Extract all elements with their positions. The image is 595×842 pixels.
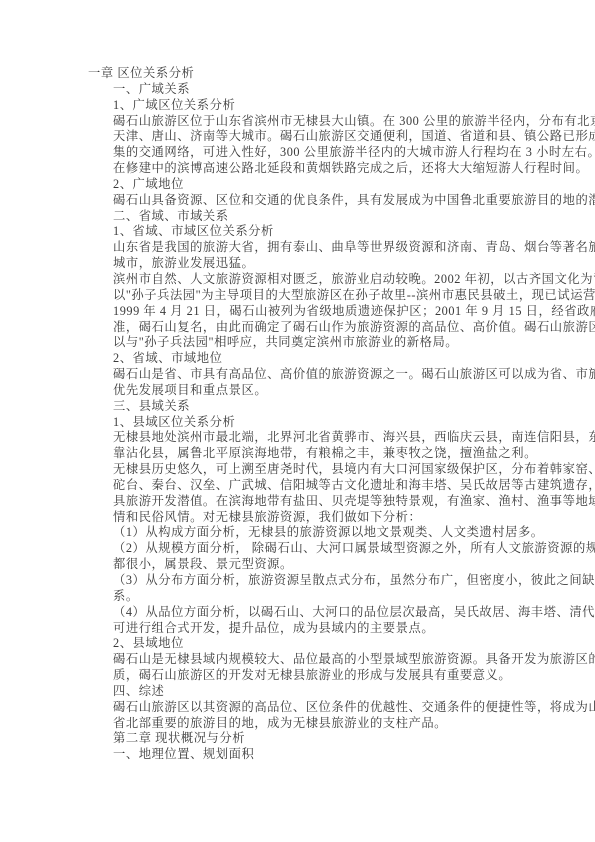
text-line: （1）从构成方面分析，无棣县的旅游资源以地文景观类、人文类遗村居多。 <box>88 525 528 541</box>
text-line: 无棣县历史悠久，可上溯至唐尧时代，县境内有大口河国家级保护区，分布着韩家窑、秤 <box>88 462 528 478</box>
text-line: 二、省域、市域关系 <box>88 209 528 225</box>
text-line: 准，碣石山复名，由此而确定了碣石山作为旅游资源的高品位、高价值。碣石山旅游区可 <box>88 320 528 336</box>
text-line: 在修建中的滨博高速公路北延段和黄烟铁路完成之后，还将大大缩短游人行程时间。 <box>88 161 528 177</box>
text-line: 碣石山是省、市具有高品位、高价值的旅游资源之一。碣石山旅游区可以成为省、市旅游 <box>88 367 528 383</box>
text-line: 一、地理位置、规划面积 <box>88 747 528 763</box>
text-line: 碣石山是无棣县域内规模较大、品位最高的小型景域型旅游资源。具备开发为旅游区的潜 <box>88 652 528 668</box>
text-line: 四、综述 <box>88 684 528 700</box>
text-line: 情和民俗风情。对无棣县旅游资源，我们做如下分析： <box>88 510 528 526</box>
text-line: 系。 <box>88 589 528 605</box>
text-line: 三、县域关系 <box>88 399 528 415</box>
text-line: 具旅游开发潜值。在滨海地带有盐田、贝壳堤等独特景观，有渔家、渔村、渔事等地域风 <box>88 494 528 510</box>
text-line: 一章 区位关系分析 <box>88 66 528 82</box>
text-line: 质，碣石山旅游区的开发对无棣县旅游业的形成与发展具有重要意义。 <box>88 668 528 684</box>
text-line: 以与"孙子兵法园"相呼应，共同奠定滨州市旅游业的新格局。 <box>88 335 528 351</box>
text-line: 省北部重要的旅游目的地，成为无棣县旅游业的支柱产品。 <box>88 716 528 732</box>
text-line: 以"孙子兵法园"为主导项目的大型旅游区在孙子故里--滨州市惠民县破土，现已试运营… <box>88 288 528 304</box>
text-line: 靠沾化县，属鲁北平原滨海地带，有粮棉之丰，兼枣牧之饶，擅渔盐之利。 <box>88 446 528 462</box>
text-line: 1、广域区位关系分析 <box>88 98 528 114</box>
text-line: 碣石山旅游区以其资源的高品位、区位条件的优越性、交通条件的便捷性等，将成为山东 <box>88 700 528 716</box>
text-block: 一章 区位关系分析一、广域关系1、广域区位关系分析碣石山旅游区位于山东省滨州市无… <box>88 66 528 763</box>
text-line: 2、省域、市域地位 <box>88 351 528 367</box>
text-line: 1、省域、市域区位关系分析 <box>88 224 528 240</box>
text-line: 2、县域地位 <box>88 636 528 652</box>
text-line: 城市，旅游业发展迅猛。 <box>88 256 528 272</box>
text-line: 碣石山旅游区位于山东省滨州市无棣县大山镇。在 300 公里的旅游半径内，分布有北… <box>88 114 528 130</box>
text-line: 无棣县地处滨州市最北端，北界河北省黄骅市、海兴县，西临庆云县，南连信阳县，东南 <box>88 430 528 446</box>
text-line: 1、县域区位关系分析 <box>88 415 528 431</box>
text-line: 砣台、秦台、汉垒、广武城、信阳城等古文化遗址和海丰塔、吴氏故居等古建筑遗存，均 <box>88 478 528 494</box>
text-line: 第二章 现状概况与分析 <box>88 731 528 747</box>
text-line: 一、广域关系 <box>88 82 528 98</box>
text-line: 都很小，属景段、景元型资源。 <box>88 557 528 573</box>
text-line: 优先发展项目和重点景区。 <box>88 383 528 399</box>
text-line: （4）从品位方面分析，以碣石山、大河口的品位层次最高，吴氏故居、海丰塔、清代小学 <box>88 605 528 621</box>
text-line: 碣石山具备资源、区位和交通的优良条件，具有发展成为中国鲁北重要旅游目的地的潜力。 <box>88 193 528 209</box>
text-line: 滨州市自然、人文旅游资源相对匮乏，旅游业启动较晚。2002 年初，以古齐国文化为… <box>88 272 528 288</box>
text-line: 山东省是我国的旅游大省，拥有泰山、曲阜等世界级资源和济南、青岛、烟台等著名旅游 <box>88 240 528 256</box>
text-line: 可进行组合式开发，提升品位，成为县域内的主要景点。 <box>88 621 528 637</box>
text-line: 2、广域地位 <box>88 177 528 193</box>
text-line: （2）从规模方面分析， 除碣石山、大河口属景域型资源之外，所有人文旅游资源的规模 <box>88 541 528 557</box>
text-line: （3）从分布方面分析，旅游资源呈散点式分布，虽然分布广，但密度小，彼此之间缺少联 <box>88 573 528 589</box>
text-line: 集的交通网络，可进入性好，300 公里旅游半径内的大城市游人行程均在 3 小时左… <box>88 145 528 161</box>
document-page: 一章 区位关系分析一、广域关系1、广域区位关系分析碣石山旅游区位于山东省滨州市无… <box>0 0 595 842</box>
text-line: 1999 年 4 月 21 日，碣石山被列为省级地质遗迹保护区；2001 年 9… <box>88 304 528 320</box>
text-line: 天津、唐山、济南等大城市。碣石山旅游区交通便利，国道、省道和县、镇公路已形成密 <box>88 129 528 145</box>
